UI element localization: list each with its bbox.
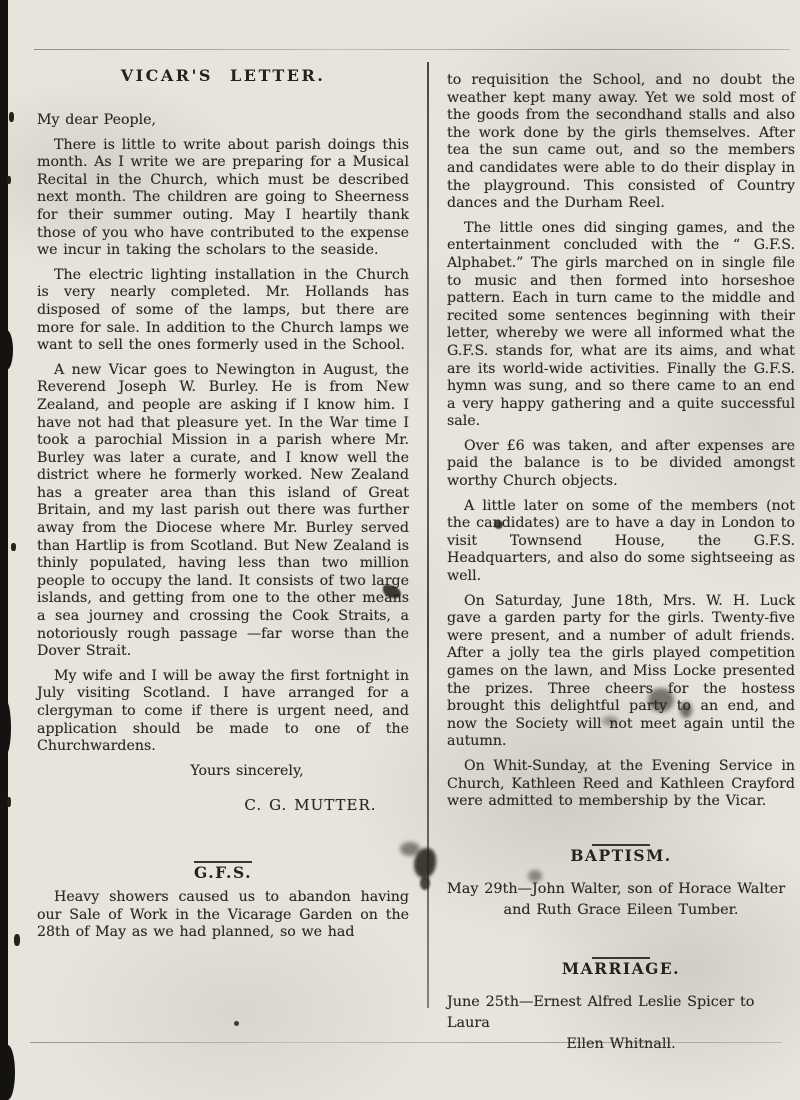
gfs-paragraph: On Saturday, June 18th, Mrs. W. H. Luck … bbox=[447, 593, 795, 751]
margin-mark bbox=[9, 112, 14, 122]
scan-left-edge bbox=[0, 0, 8, 1100]
baptism-entry-line1: May 29th—John Walter, son of Horace Walt… bbox=[447, 881, 785, 897]
gfs-paragraph: A little later on some of the members (n… bbox=[447, 498, 795, 586]
letter-signature: C. G. MUTTER. bbox=[37, 797, 409, 815]
letter-closing: Yours sincerely, bbox=[37, 763, 409, 781]
margin-mark bbox=[7, 176, 11, 184]
margin-mark bbox=[11, 543, 16, 551]
ink-spot bbox=[234, 1021, 239, 1026]
gfs-paragraph: Over £6 was taken, and after expenses ar… bbox=[447, 438, 795, 491]
marriage-entry: June 25th—Ernest Alfred Leslie Spicer to… bbox=[447, 992, 795, 1055]
gfs-paragraph-continued: to requisition the School, and no doubt … bbox=[447, 72, 795, 213]
scan-edge-mark bbox=[0, 1045, 15, 1100]
vicars-letter-heading: VICAR'S LETTER. bbox=[37, 66, 409, 85]
marriage-entry-line2: Ellen Whitnall. bbox=[447, 1034, 795, 1055]
gfs-paragraph: On Whit-Sunday, at the Evening Service i… bbox=[447, 758, 795, 811]
letter-paragraph: The electric lighting installation in th… bbox=[37, 267, 409, 355]
baptism-entry-line2: and Ruth Grace Eileen Tumber. bbox=[447, 900, 795, 921]
gfs-paragraph: Heavy showers caused us to abandon havin… bbox=[37, 889, 409, 942]
salutation: My dear People, bbox=[37, 112, 409, 130]
marriage-entry-line1: June 25th—Ernest Alfred Leslie Spicer to… bbox=[447, 994, 754, 1031]
right-column: to requisition the School, and no doubt … bbox=[447, 72, 795, 1055]
scan-edge-mark bbox=[0, 700, 11, 755]
letter-paragraph: A new Vicar goes to Newington in August,… bbox=[37, 362, 409, 661]
gfs-heading: G.F.S. bbox=[37, 863, 409, 882]
baptism-entry: May 29th—John Walter, son of Horace Walt… bbox=[447, 879, 795, 921]
left-column: VICAR'S LETTER. My dear People, There is… bbox=[37, 66, 409, 942]
margin-mark bbox=[14, 934, 20, 946]
column-divider bbox=[427, 62, 429, 1008]
magazine-page: VICAR'S LETTER. My dear People, There is… bbox=[0, 0, 800, 1100]
ink-blot bbox=[414, 848, 436, 878]
letter-paragraph: My wife and I will be away the first for… bbox=[37, 668, 409, 756]
baptism-heading: BAPTISM. bbox=[447, 846, 795, 865]
letter-paragraph: There is little to write about parish do… bbox=[37, 137, 409, 260]
top-rule bbox=[34, 49, 790, 50]
marriage-heading: MARRIAGE. bbox=[447, 959, 795, 978]
scan-edge-mark bbox=[0, 330, 13, 370]
margin-mark bbox=[7, 797, 11, 807]
gfs-paragraph: The little ones did singing games, and t… bbox=[447, 220, 795, 431]
